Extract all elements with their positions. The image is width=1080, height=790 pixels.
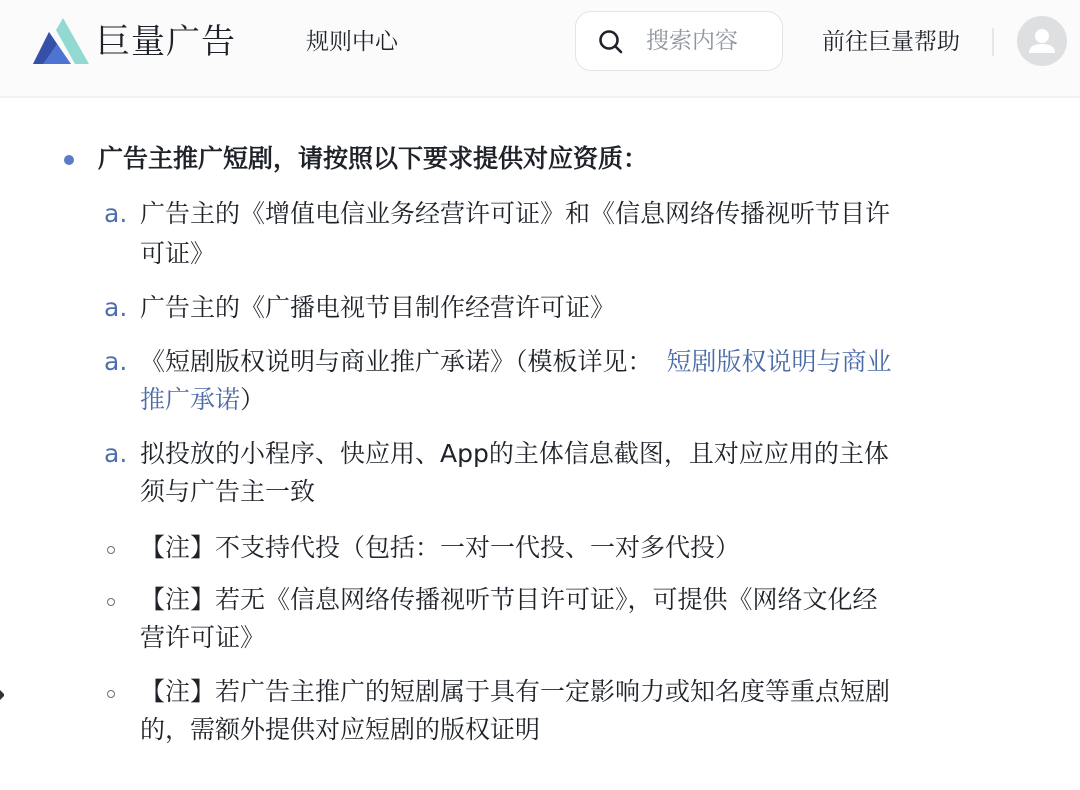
list-item-text: 拟投放的小程序、快应用、App的主体信息截图，且对应应用的主体 (140, 436, 889, 472)
section-title: 广告主推广短剧，请按照以下要求提供对应资质： (98, 141, 648, 177)
nav-rule-center[interactable]: 规则中心 (306, 27, 398, 57)
template-link[interactable]: 短剧版权说明与商业 (667, 347, 892, 376)
note-bullet-icon (107, 690, 115, 698)
item-text: 《短剧版权说明与商业推广承诺》（模板详见： (140, 347, 653, 376)
template-link-continued[interactable]: 推广承诺 (140, 385, 240, 414)
note-text: 【注】若无《信息网络传播视听节目许可证》，可提供《网络文化经 (140, 582, 878, 618)
header-divider (992, 28, 994, 56)
note-bullet-icon (107, 598, 115, 606)
bullet-dot (64, 155, 74, 165)
search-input[interactable] (646, 26, 776, 56)
list-marker: a. (104, 196, 127, 232)
user-avatar-icon[interactable] (1017, 16, 1067, 66)
help-center-link[interactable]: 前往巨量帮助 (822, 27, 960, 57)
search-box[interactable] (575, 11, 783, 71)
note-text: 【注】不支持代投（包括：一对一代投、一对多代投） (140, 530, 740, 566)
side-expand-arrow-icon[interactable] (0, 690, 4, 700)
note-text: 【注】若广告主推广的短剧属于具有一定影响力或知名度等重点短剧 (140, 674, 890, 710)
top-header: 巨量广告 规则中心 前往巨量帮助 (0, 0, 1080, 98)
search-icon[interactable] (598, 29, 624, 55)
note-text: 的，需额外提供对应短剧的版权证明 (140, 712, 540, 748)
list-item-text: 《短剧版权说明与商业推广承诺》（模板详见：短剧版权说明与商业 (140, 344, 892, 380)
list-item-text: 须与广告主一致 (140, 474, 315, 510)
item-text: ） (240, 385, 265, 414)
list-item-text: 广告主的《广播电视节目制作经营许可证》 (140, 290, 615, 326)
list-item-text: 推广承诺） (140, 382, 265, 418)
note-text: 营许可证》 (140, 620, 265, 656)
list-marker: a. (104, 344, 127, 380)
brand-logo-icon[interactable] (33, 18, 89, 64)
list-marker: a. (104, 436, 127, 472)
list-item-text: 广告主的《增值电信业务经营许可证》和《信息网络传播视听节目许 (140, 196, 890, 232)
list-item-text: 可证》 (140, 236, 215, 272)
note-bullet-icon (107, 546, 115, 554)
list-marker: a. (104, 290, 127, 326)
brand-name[interactable]: 巨量广告 (96, 22, 236, 62)
